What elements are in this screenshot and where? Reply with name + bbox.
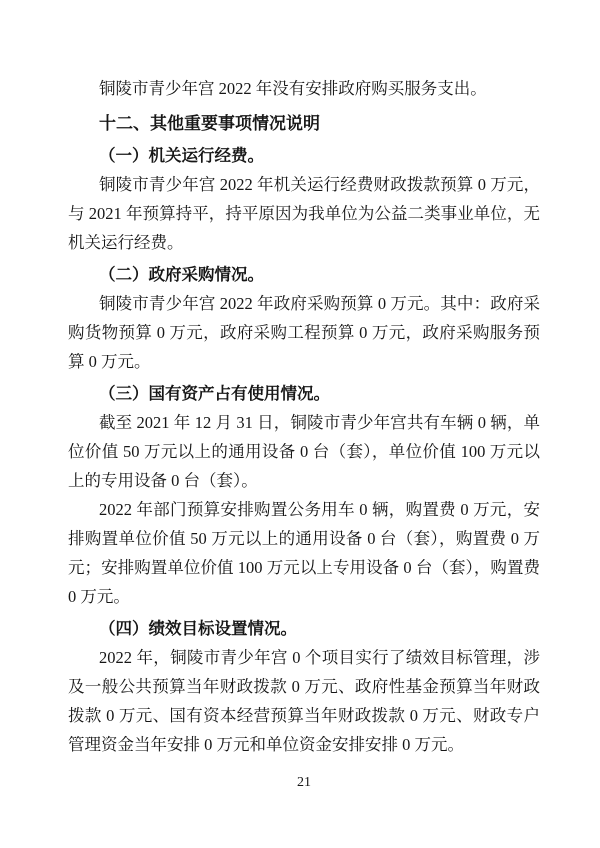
- subsection-heading: （二）政府采购情况。: [68, 260, 540, 289]
- paragraph: 2022 年部门预算安排购置公务用车 0 辆，购置费 0 万元，安排购置单位价值…: [68, 495, 540, 611]
- document-body: 铜陵市青少年宫 2022 年没有安排政府购买服务支出。 十二、其他重要事项情况说…: [68, 74, 540, 759]
- page-number: 21: [68, 773, 540, 793]
- paragraph: 铜陵市青少年宫 2022 年机关运行经费财政拨款预算 0 万元，与 2021 年…: [68, 170, 540, 257]
- paragraph: 铜陵市青少年宫 2022 年没有安排政府购买服务支出。: [68, 74, 540, 103]
- paragraph: 截至 2021 年 12 月 31 日，铜陵市青少年宫共有车辆 0 辆，单位价值…: [68, 408, 540, 495]
- section-heading: 十二、其他重要事项情况说明: [68, 109, 540, 138]
- paragraph: 2022 年，铜陵市青少年宫 0 个项目实行了绩效目标管理，涉及一般公共预算当年…: [68, 643, 540, 759]
- subsection-heading: （三）国有资产占有使用情况。: [68, 379, 540, 408]
- document-page: 铜陵市青少年宫 2022 年没有安排政府购买服务支出。 十二、其他重要事项情况说…: [0, 0, 600, 848]
- subsection-heading: （四）绩效目标设置情况。: [68, 614, 540, 643]
- paragraph: 铜陵市青少年宫 2022 年政府采购预算 0 万元。其中：政府采购货物预算 0 …: [68, 289, 540, 376]
- subsection-heading: （一）机关运行经费。: [68, 141, 540, 170]
